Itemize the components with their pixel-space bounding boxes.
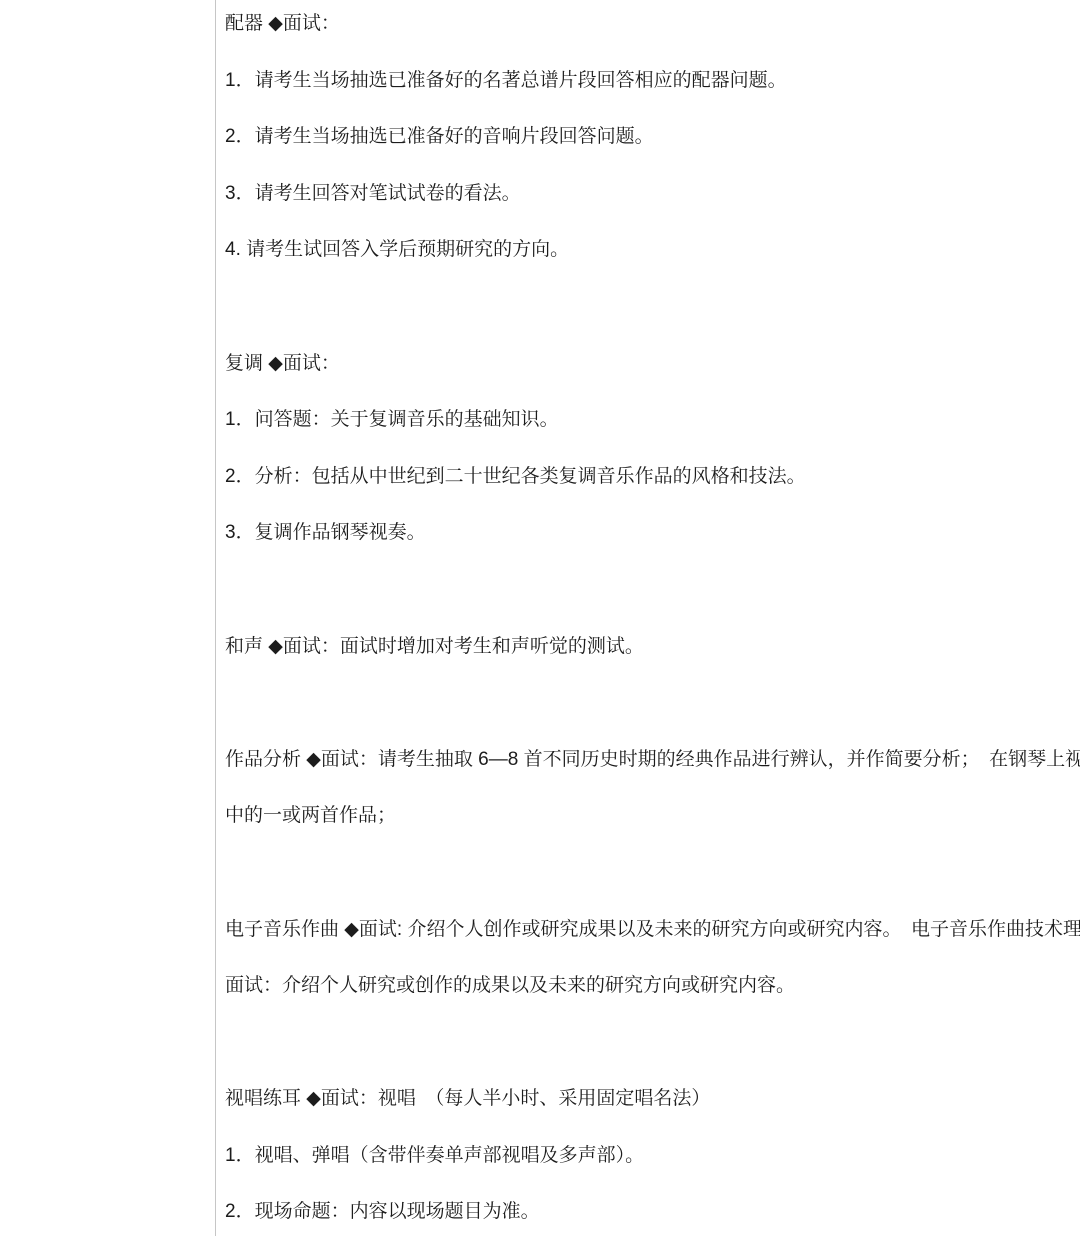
blank-line bbox=[225, 845, 1080, 902]
blank-line bbox=[225, 675, 1080, 732]
orchestration-item-3: 3．请考生回答对笔试试卷的看法。 bbox=[225, 166, 1080, 223]
harmony-line: 和声 ◆面试：面试时增加对考生和声听觉的测试。 bbox=[225, 619, 1080, 676]
orchestration-heading: 配器 ◆面试： bbox=[225, 0, 1080, 53]
blank-line bbox=[225, 562, 1080, 619]
electronic-music-line-1: 电子音乐作曲 ◆面试: 介绍个人创作或研究成果以及未来的研究方向或研究内容。 电… bbox=[225, 902, 1080, 959]
polyphony-item-2: 2．分析：包括从中世纪到二十世纪各类复调音乐作品的风格和技法。 bbox=[225, 449, 1080, 506]
sight-singing-item-1: 1．视唱、弹唱（含带伴奏单声部视唱及多声部）。 bbox=[225, 1128, 1080, 1185]
orchestration-item-4: 4. 请考生试回答入学后预期研究的方向。 bbox=[225, 222, 1080, 279]
sight-singing-item-2: 2．现场命题：内容以现场题目为准。 bbox=[225, 1184, 1080, 1236]
orchestration-item-1: 1．请考生当场抽选已准备好的名著总谱片段回答相应的配器问题。 bbox=[225, 53, 1080, 110]
document-page: 配器 ◆面试： 1．请考生当场抽选已准备好的名著总谱片段回答相应的配器问题。 2… bbox=[0, 0, 1080, 1236]
orchestration-item-2: 2．请考生当场抽选已准备好的音响片段回答问题。 bbox=[225, 109, 1080, 166]
blank-line bbox=[225, 279, 1080, 336]
polyphony-item-1: 1．问答题：关于复调音乐的基础知识。 bbox=[225, 392, 1080, 449]
page-left-border bbox=[215, 0, 216, 1236]
polyphony-item-3: 3．复调作品钢琴视奏。 bbox=[225, 505, 1080, 562]
works-analysis-line-1: 作品分析 ◆面试：请考生抽取 6—8 首不同历史时期的经典作品进行辨认，并作简要… bbox=[225, 732, 1080, 789]
works-analysis-line-2: 中的一或两首作品； bbox=[225, 788, 1080, 845]
blank-line bbox=[225, 1015, 1080, 1072]
electronic-music-line-2: 面试：介绍个人研究或创作的成果以及未来的研究方向或研究内容。 bbox=[225, 958, 1080, 1015]
polyphony-heading: 复调 ◆面试： bbox=[225, 336, 1080, 393]
document-content: 配器 ◆面试： 1．请考生当场抽选已准备好的名著总谱片段回答相应的配器问题。 2… bbox=[225, 0, 1080, 1236]
sight-singing-heading: 视唱练耳 ◆面试：视唱 （每人半小时、采用固定唱名法） bbox=[225, 1071, 1080, 1128]
